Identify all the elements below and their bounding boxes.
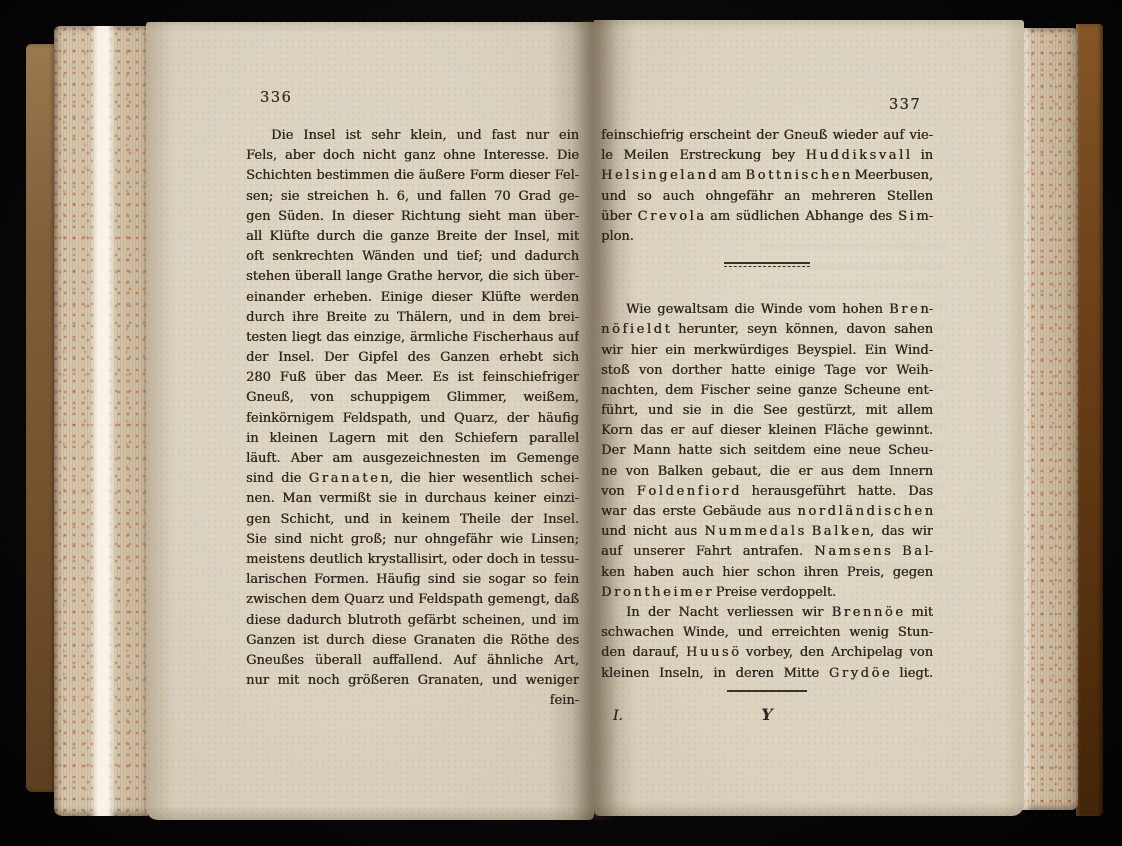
section-3: In der Nacht verliessen wir B r e n n ö … xyxy=(601,603,933,684)
section-1: feinschiefrig erscheint der Gneuß wieder… xyxy=(601,126,933,247)
end-rule-line xyxy=(727,690,807,692)
text-line: schwachen Winde, und erreichten wenig St… xyxy=(601,623,933,643)
text-block-page-336: Die Insel ist sehr klein, und fast nur e… xyxy=(246,126,579,711)
text-line: D r o n t h e i m e r Preise verdoppelt. xyxy=(601,583,933,603)
page-block-fore-edge-right xyxy=(1022,28,1078,810)
page-number-left: 336 xyxy=(260,90,292,106)
text-line: über C r e v o l a am südlichen Abhange … xyxy=(601,207,933,227)
text-line: diese dadurch blutroth gefärbt scheinen,… xyxy=(246,611,579,631)
section-divider xyxy=(601,262,933,300)
text-line: n ö f i e l d t herunter, seyn können, d… xyxy=(601,320,933,340)
text-line: zwischen dem Quarz und Feldspath gemengt… xyxy=(246,590,579,610)
text-line: Der Mann hatte sich seitdem eine neue Sc… xyxy=(601,441,933,461)
text-line: wir hier ein merkwürdiges Beyspiel. Ein … xyxy=(601,341,933,361)
end-of-section-rule xyxy=(601,690,933,706)
text-line: in kleinen Lagern mit den Schiefern para… xyxy=(246,429,579,449)
signature-row: I. Y xyxy=(601,706,933,728)
text-line: der Insel. Der Gipfel des Ganzen erhebt … xyxy=(246,348,579,368)
text-line: stehen überall lange Grathe hervor, die … xyxy=(246,267,579,287)
text-line: sind die G r a n a t e n, die hier wesen… xyxy=(246,469,579,489)
text-line: larischen Formen. Häufig sind sie sogar … xyxy=(246,570,579,590)
gathering-signature-mark: Y xyxy=(601,705,933,725)
text-line: feinschiefrig erscheint der Gneuß wieder… xyxy=(601,126,933,146)
page-block-fore-edge-left xyxy=(54,26,148,816)
text-line: war das erste Gebäude aus n o r d l ä n … xyxy=(601,502,933,522)
section-2: Wie gewaltsam die Winde vom hohen B r e … xyxy=(601,300,933,603)
text-line: und nicht aus N u m m e d a l s B a l k … xyxy=(601,522,933,542)
text-line: führt, und sie in die See gestürzt, mit … xyxy=(601,401,933,421)
text-line: H e l s i n g e l a n d am B o t t n i s… xyxy=(601,166,933,186)
text-line: Wie gewaltsam die Winde vom hohen B r e … xyxy=(601,300,933,320)
text-line: fein- xyxy=(246,691,579,711)
text-line: Sie sind nicht groß; nur ohngefähr wie L… xyxy=(246,530,579,550)
text-line: testen liegt das einzige, ärmliche Fisch… xyxy=(246,328,579,348)
book-cover-left-edge xyxy=(26,44,56,792)
text-line: Ganzen ist durch diese Granaten die Röth… xyxy=(246,631,579,651)
text-line: oft senkrechten Wänden und tief; und dad… xyxy=(246,247,579,267)
text-block-page-337: feinschiefrig erscheint der Gneuß wieder… xyxy=(601,126,933,728)
text-line: In der Nacht verliessen wir B r e n n ö … xyxy=(601,603,933,623)
text-line: Die Insel ist sehr klein, und fast nur e… xyxy=(246,126,579,146)
text-line: Schichten bestimmen die äußere Form dies… xyxy=(246,166,579,186)
text-line: nachten, dem Fischer seine ganze Scheune… xyxy=(601,381,933,401)
text-line: auf unserer Fahrt antrafen. N a m s e n … xyxy=(601,542,933,562)
text-line: Gneuß, von schuppigem Glimmer, weißem, xyxy=(246,388,579,408)
text-line: läuft. Aber am ausgezeichnesten im Gemen… xyxy=(246,449,579,469)
text-line: Gneußes überall auffallend. Auf ähnliche… xyxy=(246,651,579,671)
text-line: all Klüfte durch die ganze Breite der In… xyxy=(246,227,579,247)
text-line: Korn das er auf dieser kleinen Fläche ge… xyxy=(601,421,933,441)
text-line: 280 Fuß über das Meer. Es ist feinschief… xyxy=(246,368,579,388)
text-line: meistens deutlich krystallisirt, oder do… xyxy=(246,550,579,570)
divider-rule xyxy=(724,262,810,267)
text-line: sen; sie streichen h. 6, und fallen 70 G… xyxy=(246,187,579,207)
photo-background: { "book": { "page_left": { "page_number"… xyxy=(0,0,1122,846)
book-cover-right-edge xyxy=(1076,24,1103,816)
text-line: gen Schicht, und in keinem Theile der In… xyxy=(246,510,579,530)
text-line: ne von Balken gebaut, die er aus dem Inn… xyxy=(601,462,933,482)
text-line: einander erheben. Einige dieser Klüfte w… xyxy=(246,288,579,308)
text-line: stoß von dorther hatte einige Tage vor W… xyxy=(601,361,933,381)
text-line: durch ihre Breite zu Thälern, und in dem… xyxy=(246,308,579,328)
text-line: ken haben auch hier schon ihren Preis, g… xyxy=(601,563,933,583)
text-line: den darauf, H u u s ö vorbey, den Archip… xyxy=(601,643,933,663)
text-line: feinkörnigem Feldspath, und Quarz, der h… xyxy=(246,409,579,429)
page-number-right: 337 xyxy=(601,97,933,113)
text-line: und so auch ohngefähr an mehreren Stelle… xyxy=(601,187,933,207)
text-line: kleinen Inseln, in deren Mitte G r y d ö… xyxy=(601,664,933,684)
text-line: Fels, aber doch nicht ganz ohne Interess… xyxy=(246,146,579,166)
text-line: gen Süden. In dieser Richtung sieht man … xyxy=(246,207,579,227)
text-line: le Meilen Erstreckung bey H u d d i k s … xyxy=(601,146,933,166)
text-line: plon. xyxy=(601,227,933,247)
text-line: von F o l d e n f i o r d herausgeführt … xyxy=(601,482,933,502)
text-line: nur mit noch größeren Granaten, und weni… xyxy=(246,671,579,691)
text-line: nen. Man vermißt sie in durchaus keiner … xyxy=(246,489,579,509)
paragraphs-336: Die Insel ist sehr klein, und fast nur e… xyxy=(246,126,579,711)
